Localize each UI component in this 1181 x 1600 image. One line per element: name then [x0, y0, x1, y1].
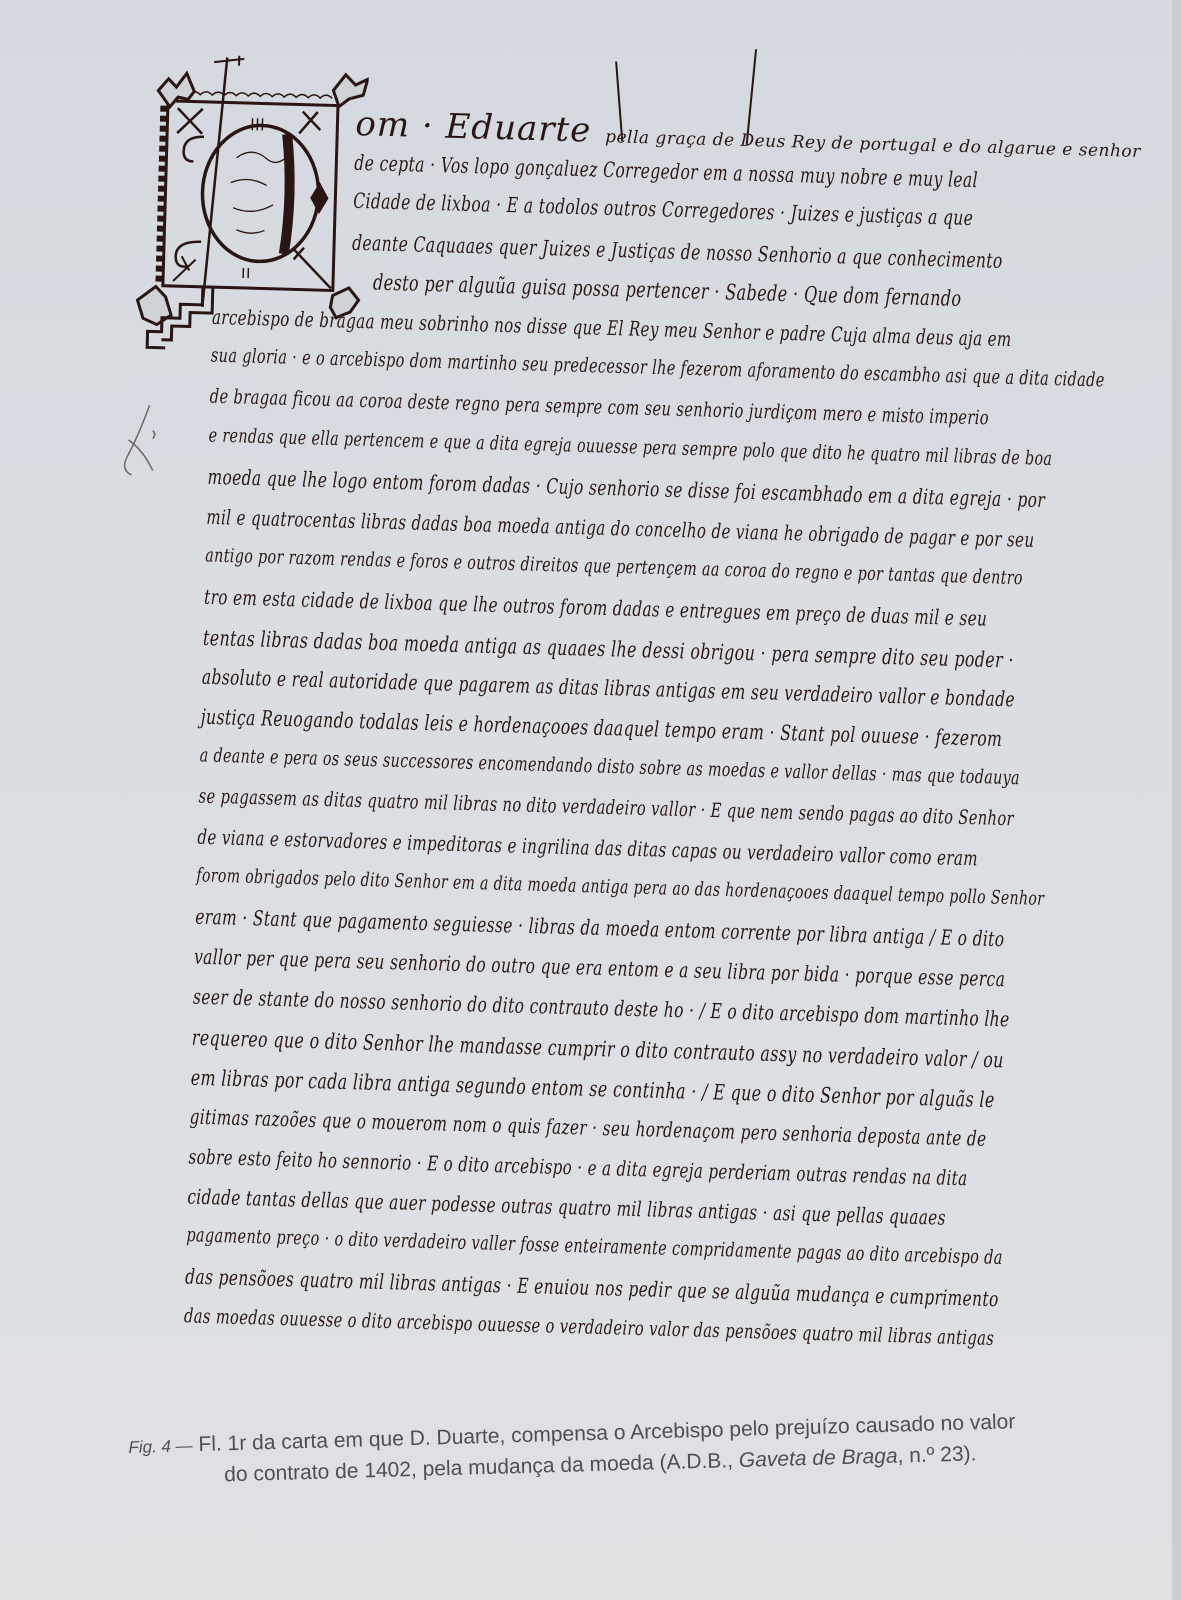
marginal-note-icon [117, 400, 169, 491]
manuscript-line: antigo por razom rendas e foros e outros… [205, 545, 1023, 589]
caption-text: , n.º 23). [897, 1442, 976, 1467]
manuscript-line: pagamento preço · o dito verdadeiro vall… [186, 1225, 1003, 1269]
figure-label: Fig. 4 — [128, 1436, 193, 1457]
manuscript-line: das pensõoes quatro mil libras antigas ·… [185, 1265, 999, 1312]
heading-rest: pella graça de Deus Rey de portugal e do… [605, 127, 1141, 162]
manuscript-line: deante Caquaaes quer Juizes e Justiças d… [352, 231, 1003, 273]
manuscript-line: justiça Reuogando todalas leis e hordena… [201, 705, 1003, 752]
manuscript-line: cidade tantas dellas que auer podesse ou… [187, 1185, 946, 1230]
archive-reference: Gaveta de Braga [739, 1445, 898, 1472]
manuscript-line: desto per alguũa guisa possa pertencer ·… [373, 269, 962, 311]
manuscript-line: eram · Stant que pagamento seguiesse · l… [195, 905, 1005, 952]
manuscript-line: de bragaa ficou aa coroa deste regno per… [209, 385, 989, 430]
manuscript-line: a deante e pera os seus successores enco… [199, 745, 1020, 790]
manuscript-line: absoluto e real autoridade que pagarem a… [202, 665, 1016, 712]
page-edge [1172, 0, 1181, 1600]
manuscript-line: requereo que o dito Senhor lhe mandasse … [192, 1025, 1005, 1073]
manuscript-line: de viana e estorvadores e impeditoras e … [197, 825, 978, 871]
manuscript-line: e rendas que ella pertencem e que a dita… [208, 425, 1052, 470]
manuscript-line: sua gloria · e o arcebispo dom martinho … [211, 345, 1105, 392]
manuscript-line: seer de stante do nosso senhorio do dito… [193, 985, 1010, 1032]
manuscript-line: sobre esto feito ho sennorio · E o dito … [188, 1145, 968, 1191]
manuscript-line: mil e quatrocentas libras dadas boa moed… [206, 505, 1035, 552]
manuscript-line: das moedas ouuesse o dito arcebispo ouue… [184, 1305, 995, 1351]
manuscript-line: tentas libras dadas boa moeda antiga as … [203, 625, 1015, 673]
manuscript-line: tro em esta cidade de lixboa que lhe out… [204, 585, 988, 631]
manuscript-line: forom obrigados pelo dito Senhor em a di… [196, 865, 1045, 910]
manuscript-line: se pagassem as ditas quatro mil libras n… [198, 785, 1014, 831]
heading-opening: om · Eduarte [355, 104, 592, 151]
manuscript-line: gitimas razoões que o mouerom nom o quis… [189, 1105, 986, 1152]
manuscript-line: vallor per que pera seu senhorio do outr… [194, 945, 1006, 992]
manuscript-line: moeda que lhe logo entom forom dadas · C… [207, 465, 1045, 513]
manuscript-line: em libras por cada libra antiga segundo … [190, 1065, 995, 1113]
manuscript-line: Cidade de lixboa · E a todolos outros Co… [353, 189, 974, 231]
manuscript-facsimile: om · Eduartepella graça de Deus Rey de p… [101, 30, 1120, 1457]
